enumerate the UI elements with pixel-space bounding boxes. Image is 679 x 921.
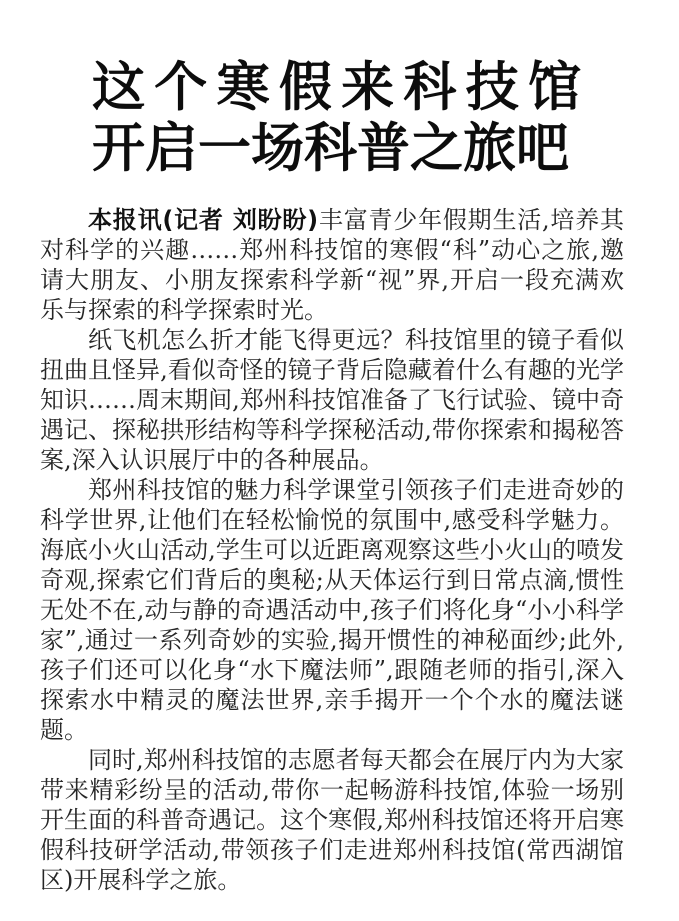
- article-body: 本报讯(记者 刘盼盼)丰富青少年假期生活,培养其对科学的兴趣……郑州科技馆的寒假…: [40, 205, 624, 895]
- article-title: 这个寒假来科技馆 开启一场科普之旅吧: [92, 57, 581, 179]
- article-title-line1: 这个寒假来科技馆: [92, 57, 581, 118]
- paragraph-4: 同时,郑州科技馆的志愿者每天都会在展厅内为大家带来精彩纷呈的活动,带你一起畅游科…: [40, 745, 624, 895]
- paragraph-3-text: 郑州科技馆的魅力科学课堂引领孩子们走进奇妙的科学世界,让他们在轻松愉悦的氛围中,…: [40, 476, 624, 744]
- paragraph-3: 郑州科技馆的魅力科学课堂引领孩子们走进奇妙的科学世界,让他们在轻松愉悦的氛围中,…: [40, 475, 624, 745]
- paragraph-2: 纸飞机怎么折才能飞得更远？科技馆里的镜子看似扭曲且怪异,看似奇怪的镜子背后隐藏着…: [40, 325, 624, 475]
- newspaper-clipping: 这个寒假来科技馆 开启一场科普之旅吧 本报讯(记者 刘盼盼)丰富青少年假期生活,…: [0, 0, 679, 921]
- paragraph-2-text: 纸飞机怎么折才能飞得更远？科技馆里的镜子看似扭曲且怪异,看似奇怪的镜子背后隐藏着…: [40, 326, 624, 474]
- paragraph-4-text: 同时,郑州科技馆的志愿者每天都会在展厅内为大家带来精彩纷呈的活动,带你一起畅游科…: [40, 746, 624, 894]
- byline-lead: 本报讯(记者 刘盼盼): [88, 206, 318, 234]
- article-title-line2: 开启一场科普之旅吧: [92, 118, 581, 179]
- paragraph-1: 本报讯(记者 刘盼盼)丰富青少年假期生活,培养其对科学的兴趣……郑州科技馆的寒假…: [40, 205, 624, 325]
